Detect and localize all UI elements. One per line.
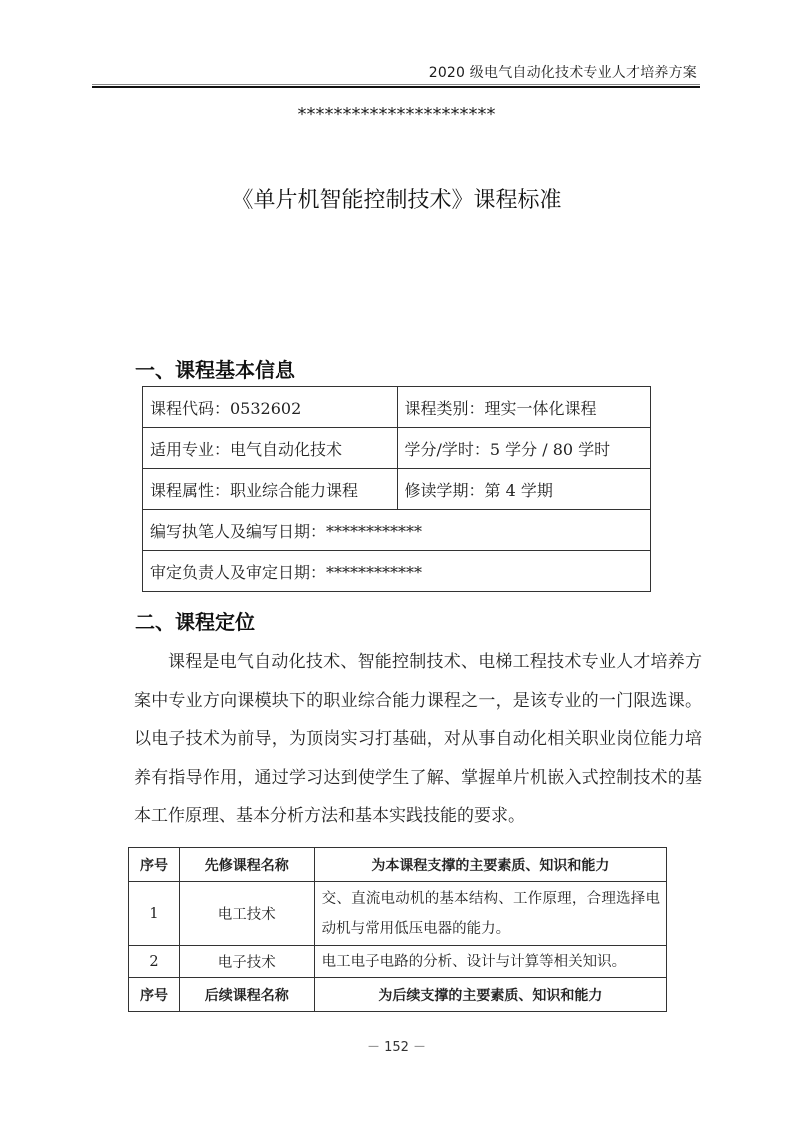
header-no: 序号 [129, 848, 180, 882]
header-followup-name: 后续课程名称 [179, 978, 314, 1012]
page-number: － 152 － [0, 1036, 793, 1055]
semester-cell: 修读学期：第 4 学期 [397, 469, 651, 510]
positioning-paragraph: 课程是电气自动化技术、智能控制技术、电梯工程技术专业人才培养方案中专业方向课模块… [134, 643, 702, 836]
row-no: 1 [129, 882, 180, 946]
course-info-table: 课程代码：0532602 课程类别：理实一体化课程 适用专业：电气自动化技术 学… [142, 386, 651, 592]
header-no: 序号 [129, 978, 180, 1012]
prereq-header-row: 序号 先修课程名称 为本课程支撑的主要素质、知识和能力 [129, 848, 667, 882]
row-no: 2 [129, 946, 180, 978]
course-code-cell: 课程代码：0532602 [143, 387, 398, 428]
row-course-name: 电工技术 [179, 882, 314, 946]
applicable-major-cell: 适用专业：电气自动化技术 [143, 428, 398, 469]
running-header-title: 2020 级电气自动化技术专业人才培养方案 [92, 62, 697, 82]
header-rule-thick [92, 86, 700, 88]
info-row: 审定负责人及审定日期：************ [143, 551, 651, 592]
course-relation-table: 序号 先修课程名称 为本课程支撑的主要素质、知识和能力 1 电工技术 交、直流电… [128, 847, 667, 1012]
table-row: 1 电工技术 交、直流电动机的基本结构、工作原理，合理选择电动机与常用低压电器的… [129, 882, 667, 946]
followup-header-row: 序号 后续课程名称 为后续支撑的主要素质、知识和能力 [129, 978, 667, 1012]
info-row: 适用专业：电气自动化技术 学分/学时：5 学分 / 80 学时 [143, 428, 651, 469]
info-row: 课程属性：职业综合能力课程 修读学期：第 4 学期 [143, 469, 651, 510]
author-date-cell: 编写执笔人及编写日期：************ [143, 510, 651, 551]
row-course-desc: 交、直流电动机的基本结构、工作原理，合理选择电动机与常用低压电器的能力。 [314, 882, 666, 946]
header-prereq-desc: 为本课程支撑的主要素质、知识和能力 [314, 848, 666, 882]
separator-stars: ********************** [0, 104, 793, 125]
row-course-name: 电子技术 [179, 946, 314, 978]
section-heading-basic-info: 一、课程基本信息 [135, 354, 295, 383]
section-heading-positioning: 二、课程定位 [135, 606, 255, 635]
info-row: 编写执笔人及编写日期：************ [143, 510, 651, 551]
reviewer-date-cell: 审定负责人及审定日期：************ [143, 551, 651, 592]
info-row: 课程代码：0532602 课程类别：理实一体化课程 [143, 387, 651, 428]
document-title: 《单片机智能控制技术》课程标准 [0, 183, 793, 214]
header-rule [92, 84, 700, 85]
header-followup-desc: 为后续支撑的主要素质、知识和能力 [314, 978, 666, 1012]
course-attribute-cell: 课程属性：职业综合能力课程 [143, 469, 398, 510]
credits-hours-cell: 学分/学时：5 学分 / 80 学时 [397, 428, 651, 469]
table-row: 2 电子技术 电工电子电路的分析、设计与计算等相关知识。 [129, 946, 667, 978]
row-course-desc: 电工电子电路的分析、设计与计算等相关知识。 [314, 946, 666, 978]
course-type-cell: 课程类别：理实一体化课程 [397, 387, 651, 428]
header-prereq-name: 先修课程名称 [179, 848, 314, 882]
